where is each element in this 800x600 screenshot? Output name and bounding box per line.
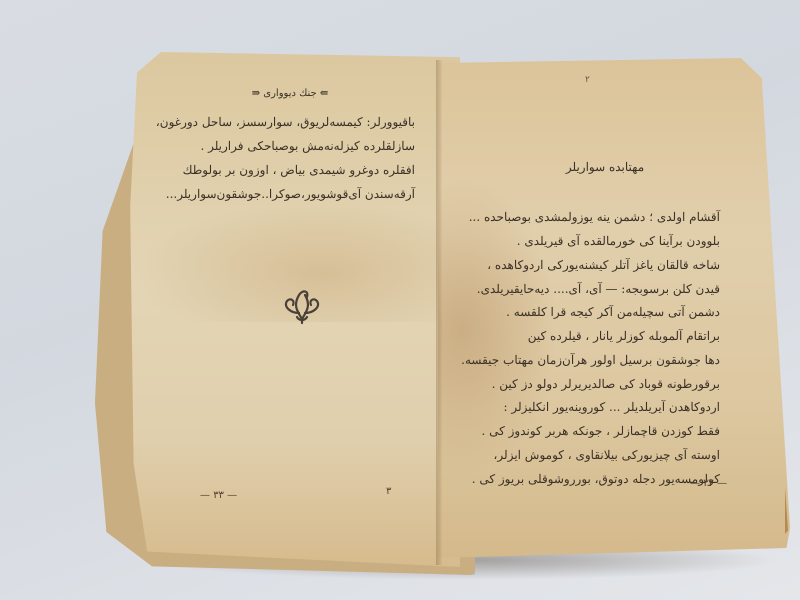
page-number: — ٣٣ —	[200, 490, 237, 501]
text-line: کولومسه‌یور دجله دوتوق، بورروشوقلی بریوز…	[480, 467, 720, 491]
text-line: اوسته آی چیزیورکی بیلانقاوی ، کوموش ایزل…	[480, 443, 720, 467]
text-line: سازلقلرده کیزله‌نه‌مش بوصباحکی فراریلر .	[190, 134, 415, 158]
left-page-text: باقیوورلر: کیمسه‌لریوق، سوارسسز، ساحل دو…	[190, 110, 415, 206]
text-line: افقلره دوغرو شیمدی بیاض ، اوزون بر بولوط…	[190, 158, 415, 182]
corner-mark: ٢	[585, 75, 590, 85]
text-line: آرقه‌سندن آی‌قوشویور،صوکرا..جوشقون‌سواری…	[190, 182, 415, 206]
stanza-3: اردوکاهدن آیریلدیلر ... کوروینه‌یور انکل…	[480, 395, 720, 491]
page-number: — ٣٢ —	[690, 478, 727, 489]
text-line: اردوکاهدن آیریلدیلر ... کوروینه‌یور انکل…	[480, 395, 720, 419]
text-line: شاخه قالقان یاغز آتلر کیشنه‌یورکی اردوکا…	[480, 253, 720, 277]
text-line: براتقام آلموبله کوزلر یانار ، قیلرده کین	[480, 324, 720, 348]
text-line: دها جوشقون برسیل اولور هرآن‌زمان مهتاب ج…	[480, 348, 720, 372]
poem-title: مهتابده سواریلر	[540, 160, 670, 174]
text-line: آقشام اولدی ؛ دشمن ینه یوزولمشدی بوصباحد…	[480, 205, 720, 229]
stanza-2: دشمن آتی سچیله‌من آکر کیجه قرا کلقسه . ب…	[480, 300, 720, 396]
text-line: بلوودن برآینا کی خورمالقده آی قیریلدی .	[480, 229, 720, 253]
floral-ornament-icon	[277, 283, 327, 325]
text-line: فقط کوزدن قاچمازلر ، جونکه هربر کوندوز ک…	[480, 419, 720, 443]
running-head: ⇚ جنك دیوواری ⇛	[200, 88, 380, 99]
signature-mark: ٣	[386, 486, 391, 497]
book-gutter	[436, 60, 442, 565]
text-line: برقورطونه قوباد کی صالدیریرلر دولو دز کی…	[480, 372, 720, 396]
stanza-1: آقشام اولدی ؛ دشمن ینه یوزولمشدی بوصباحد…	[480, 205, 720, 301]
text-line: باقیوورلر: کیمسه‌لریوق، سوارسسز، ساحل دو…	[190, 110, 415, 134]
text-line: دشمن آتی سچیله‌من آکر کیجه قرا کلقسه .	[480, 300, 720, 324]
text-line: قیدن کلن برسوبجه: — آی، آی.... دیه‌حایقی…	[480, 277, 720, 301]
